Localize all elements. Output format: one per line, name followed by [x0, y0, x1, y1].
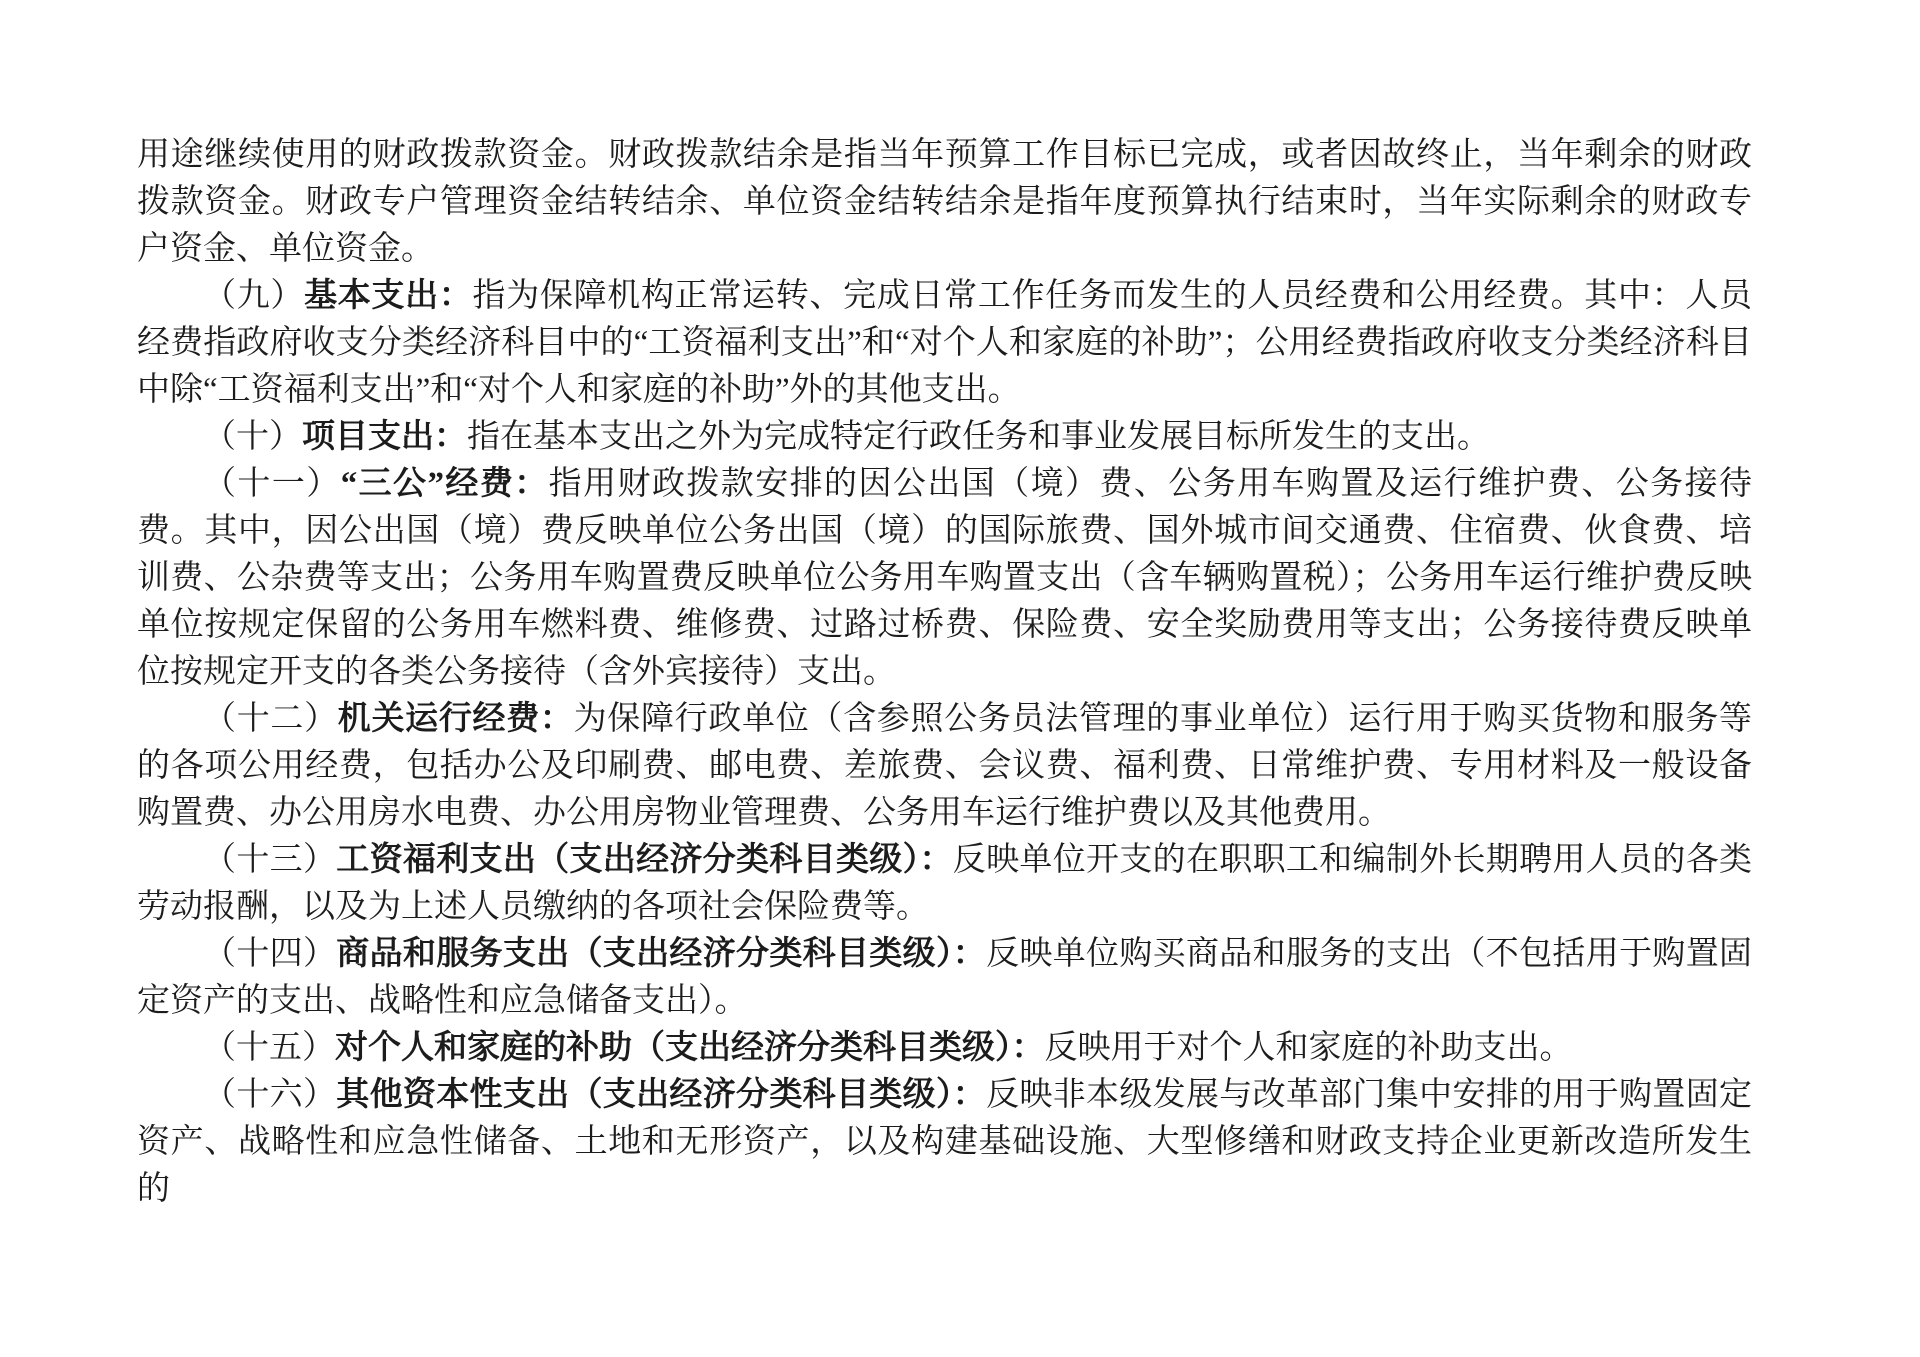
paragraph: 用途继续使用的财政拨款资金。财政拨款结余是指当年预算工作目标已完成，或者因故终止…	[137, 132, 1752, 273]
text-run: （十四）	[203, 936, 336, 972]
paragraph: （九）基本支出：指为保障机构正常运转、完成日常工作任务而发生的人员经费和公用经费…	[137, 273, 1752, 414]
text-run: （十三）	[203, 842, 336, 878]
paragraph: （十六）其他资本性支出（支出经济分类科目类级）：反映非本级发展与改革部门集中安排…	[137, 1072, 1752, 1213]
text-run: 指在基本支出之外为完成特定行政任务和事业发展目标所发生的支出。	[467, 419, 1490, 455]
paragraph: （十三）工资福利支出（支出经济分类科目类级）：反映单位开支的在职职工和编制外长期…	[137, 837, 1752, 931]
paragraph: （十四）商品和服务支出（支出经济分类科目类级）：反映单位购买商品和服务的支出（不…	[137, 931, 1752, 1025]
term-bold-run: “三公”经费：	[341, 466, 549, 502]
text-run: （十一）	[203, 466, 341, 502]
term-bold-run: 基本支出：	[304, 278, 472, 314]
text-run: （十）	[203, 419, 302, 455]
term-bold-run: 对个人和家庭的补助（支出经济分类科目类级）：	[335, 1030, 1045, 1066]
text-run: 反映用于对个人和家庭的补助支出。	[1045, 1030, 1573, 1066]
term-bold-run: 机关运行经费：	[338, 701, 574, 737]
paragraph: （十五）对个人和家庭的补助（支出经济分类科目类级）：反映用于对个人和家庭的补助支…	[137, 1025, 1752, 1072]
paragraph: （十）项目支出：指在基本支出之外为完成特定行政任务和事业发展目标所发生的支出。	[137, 414, 1752, 461]
document-body: 用途继续使用的财政拨款资金。财政拨款结余是指当年预算工作目标已完成，或者因故终止…	[137, 132, 1752, 1213]
term-bold-run: 项目支出：	[302, 419, 467, 455]
paragraph: （十一）“三公”经费：指用财政拨款安排的因公出国（境）费、公务用车购置及运行维护…	[137, 461, 1752, 696]
text-run: （十二）	[203, 701, 338, 737]
text-run: （十六）	[203, 1077, 336, 1113]
term-bold-run: 其他资本性支出（支出经济分类科目类级）：	[336, 1077, 986, 1113]
document-page: 用途继续使用的财政拨款资金。财政拨款结余是指当年预算工作目标已完成，或者因故终止…	[0, 0, 1920, 1357]
paragraph: （十二）机关运行经费：为保障行政单位（含参照公务员法管理的事业单位）运行用于购买…	[137, 696, 1752, 837]
term-bold-run: 商品和服务支出（支出经济分类科目类级）：	[336, 936, 986, 972]
text-run: 用途继续使用的财政拨款资金。财政拨款结余是指当年预算工作目标已完成，或者因故终止…	[137, 137, 1752, 267]
text-run: （九）	[203, 278, 304, 314]
term-bold-run: 工资福利支出（支出经济分类科目类级）：	[336, 842, 953, 878]
text-run: （十五）	[203, 1030, 335, 1066]
